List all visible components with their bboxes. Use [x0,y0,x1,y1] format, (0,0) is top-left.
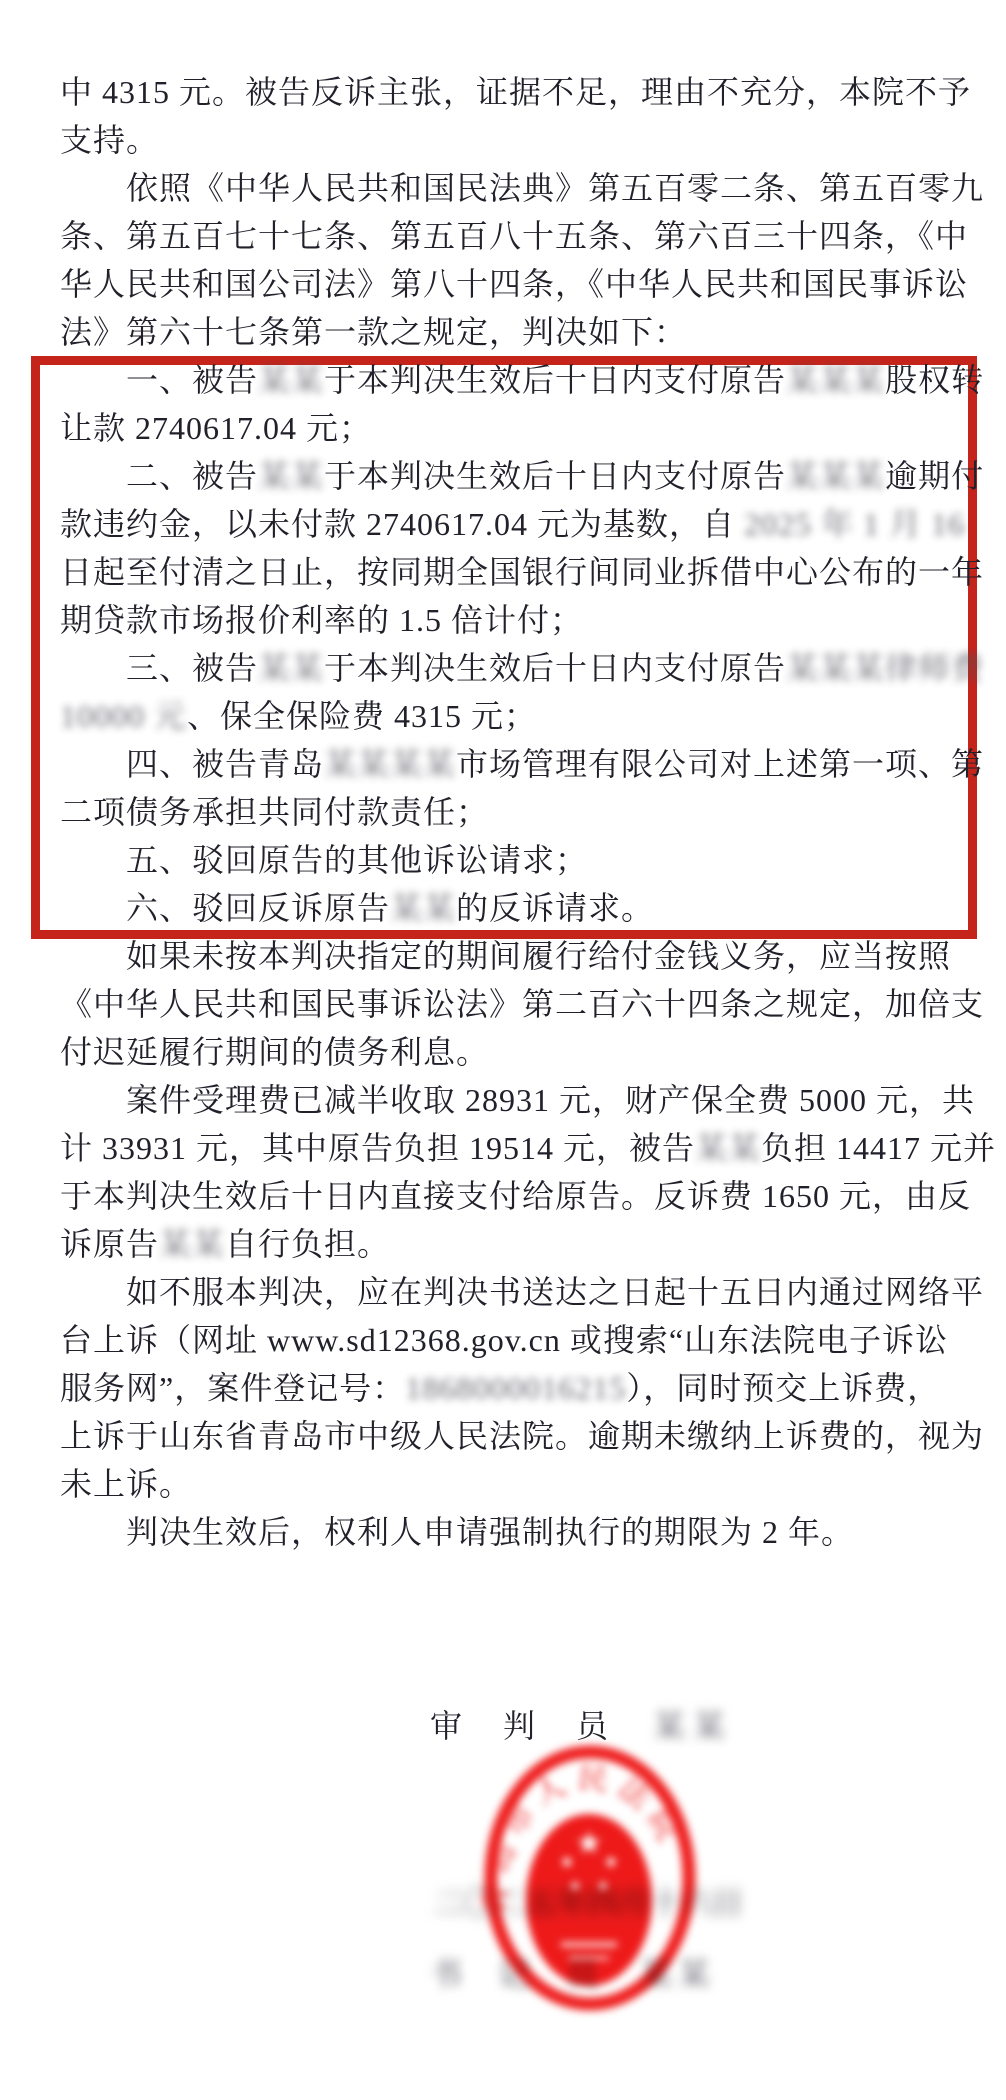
body-line: 日起至付清之日止，按同期全国银行间同业拆借中心公布的一年 [60,548,960,596]
text-segment: 于本判决生效后十日内支付原告 [324,458,786,494]
body-lines: 中 4315 元。被告反诉主张，证据不足，理由不充分，本院不予支持。 依照《中华… [60,68,960,1556]
text-segment: 股权转 [885,362,984,398]
body-line: 法》第六十七条第一款之规定，判决如下： [60,308,960,356]
redacted-text: 某某 [390,890,456,926]
body-line: 于本判决生效后十日内直接支付给原告。反诉费 1650 元，由反 [60,1172,960,1220]
text-segment: 计 33931 元，其中原告负担 19514 元，被告 [60,1130,695,1166]
text-segment: 二、被告 [60,458,258,494]
judgment-date-redacted: 二〇二五年四月十六日 [433,1882,743,1926]
body-line: 款违约金，以未付款 2740617.04 元为基数，自 2025 年 1 月 1… [60,500,960,548]
body-line: 五、驳回原告的其他诉讼请求； [60,836,960,884]
page: { "colors": { "text": "#21212b", "highli… [0,0,1006,2100]
text-segment: 市场管理有限公司对上述第一项、第 [456,746,984,782]
text-segment: 支持。 [60,122,159,158]
body-line: 三、被告某某于本判决生效后十日内支付原告某某某律师费 [60,644,960,692]
redacted-text: 某某某某 [324,746,456,782]
text-segment: 案件受理费已减半收取 28931 元，财产保全费 5000 元，共 [60,1082,975,1118]
seal-star-icon [577,1831,600,1853]
body-line: 《中华人民共和国民事诉讼法》第二百六十四条之规定，加倍支 [60,980,960,1028]
text-segment: 判决生效后，权利人申请强制执行的期限为 2 年。 [60,1514,854,1550]
body-line: 计 33931 元，其中原告负担 19514 元，被告某某负担 14417 元并 [60,1124,960,1172]
text-segment: 五、驳回原告的其他诉讼请求； [60,842,588,878]
redacted-text: 某某某 [786,362,885,398]
text-segment: 华人民共和国公司法》第八十四条，《中华人民共和国民事诉讼 [60,266,968,302]
body-line: 如果未按本判决指定的期间履行给付金钱义务，应当按照 [60,932,960,980]
text-segment: 如果未按本判决指定的期间履行给付金钱义务，应当按照 [60,938,951,974]
judge-name-redacted: 某某 [653,1708,733,1744]
text-segment: 诉原告 [60,1226,159,1262]
body-line: 一、被告某某于本判决生效后十日内支付原告某某某股权转 [60,356,960,404]
redacted-text: 某某 [258,650,324,686]
body-line: 10000 元、保全保险费 4315 元； [60,692,960,740]
body-line: 如不服本判决，应在判决书送达之日起十五日内通过网络平 [60,1268,960,1316]
text-segment: 于本判决生效后十日内直接支付给原告。反诉费 1650 元，由反 [60,1178,971,1214]
body-line: 四、被告青岛某某某某市场管理有限公司对上述第一项、第 [60,740,960,788]
text-segment: 付迟延履行期间的债务利息。 [60,1034,489,1070]
body-line: 支持。 [60,116,960,164]
clerk-name-redacted: 某某 [640,1956,716,1992]
body-line: 诉原告某某自行负担。 [60,1220,960,1268]
redacted-text: 某某 [695,1130,761,1166]
text-segment: 未上诉。 [60,1466,192,1502]
clerk-label-redacted: 书记员 [430,1956,634,1992]
body-line: 华人民共和国公司法》第八十四条，《中华人民共和国民事诉讼 [60,260,960,308]
text-segment: 负担 14417 元并 [761,1130,996,1166]
redacted-text: 1868000016215 [405,1370,626,1406]
clerk-row-redacted: 书记员某某 [430,1952,716,1996]
text-segment: 一、被告 [60,362,258,398]
text-segment: 逾期付 [885,458,984,494]
body-line: 服务网”，案件登记号：1868000016215），同时预交上诉费， [60,1364,960,1412]
text-segment: 条、第五百七十七条、第五百八十五条、第六百三十四条，《中 [60,218,968,254]
body-line: 让款 2740617.04 元； [60,404,960,452]
judge-label: 审判员 [430,1708,649,1744]
text-segment: ），同时预交上诉费， [626,1370,940,1406]
redacted-text: 某某 [258,362,324,398]
redacted-text: 某某 [159,1226,225,1262]
text-segment: 于本判决生效后十日内支付原告 [324,650,786,686]
text-segment: 《中华人民共和国民事诉讼法》第二百六十四条之规定，加倍支 [60,986,984,1022]
text-segment: 让款 2740617.04 元； [60,410,372,446]
text-segment: 、保全保险费 4315 元； [187,698,537,734]
redacted-text: 某某 [258,458,324,494]
body-line: 依照《中华人民共和国民法典》第五百零二条、第五百零九 [60,164,960,212]
judge-row: 审判员某某 [430,1702,733,1750]
text-segment: 服务网”，案件登记号： [60,1370,405,1406]
body-line: 上诉于山东省青岛市中级人民法院。逾期未缴纳上诉费的，视为 [60,1412,960,1460]
body-line: 期贷款市场报价利率的 1.5 倍计付； [60,596,960,644]
text-segment: 自行负担。 [225,1226,390,1262]
text-segment: 的反诉请求。 [456,890,654,926]
text-segment: 法》第六十七条第一款之规定，判决如下： [60,314,687,350]
text-segment: 期贷款市场报价利率的 1.5 倍计付； [60,602,583,638]
body-line: 台上诉（网址 www.sd12368.gov.cn 或搜索“山东法院电子诉讼 [60,1316,960,1364]
body-line: 未上诉。 [60,1460,960,1508]
text-segment: 台上诉（网址 www.sd12368.gov.cn 或搜索“山东法院电子诉讼 [60,1322,948,1358]
text-segment: 日起至付清之日止，按同期全国银行间同业拆借中心公布的一年 [60,554,984,590]
redacted-text: 某某某律师费 [786,650,984,686]
redacted-text: 10000 元 [60,698,187,734]
text-segment: 于本判决生效后十日内支付原告 [324,362,786,398]
text-segment: 款违约金，以未付款 2740617.04 元为基数，自 [60,506,744,542]
text-segment: 上诉于山东省青岛市中级人民法院。逾期未缴纳上诉费的，视为 [60,1418,984,1454]
body-line: 六、驳回反诉原告某某的反诉请求。 [60,884,960,932]
body-line: 判决生效后，权利人申请强制执行的期限为 2 年。 [60,1508,960,1556]
text-segment: 如不服本判决，应在判决书送达之日起十五日内通过网络平 [60,1274,984,1310]
text-segment: 六、驳回反诉原告 [60,890,390,926]
body-line: 二项债务承担共同付款责任； [60,788,960,836]
body-line: 二、被告某某于本判决生效后十日内支付原告某某某逾期付 [60,452,960,500]
body-line: 付迟延履行期间的债务利息。 [60,1028,960,1076]
body-line: 条、第五百七十七条、第五百八十五条、第六百三十四条，《中 [60,212,960,260]
body-line: 案件受理费已减半收取 28931 元，财产保全费 5000 元，共 [60,1076,960,1124]
text-segment: 二项债务承担共同付款责任； [60,794,489,830]
text-segment: 三、被告 [60,650,258,686]
text-segment: 四、被告青岛 [60,746,324,782]
redacted-text: 某某某 [786,458,885,494]
redacted-text: 2025 年 1 月 16 [744,506,965,542]
text-segment: 依照《中华人民共和国民法典》第五百零二条、第五百零九 [60,170,984,206]
text-segment: 中 4315 元。被告反诉主张，证据不足，理由不充分，本院不予 [60,74,971,110]
body-line: 中 4315 元。被告反诉主张，证据不足，理由不充分，本院不予 [60,68,960,116]
